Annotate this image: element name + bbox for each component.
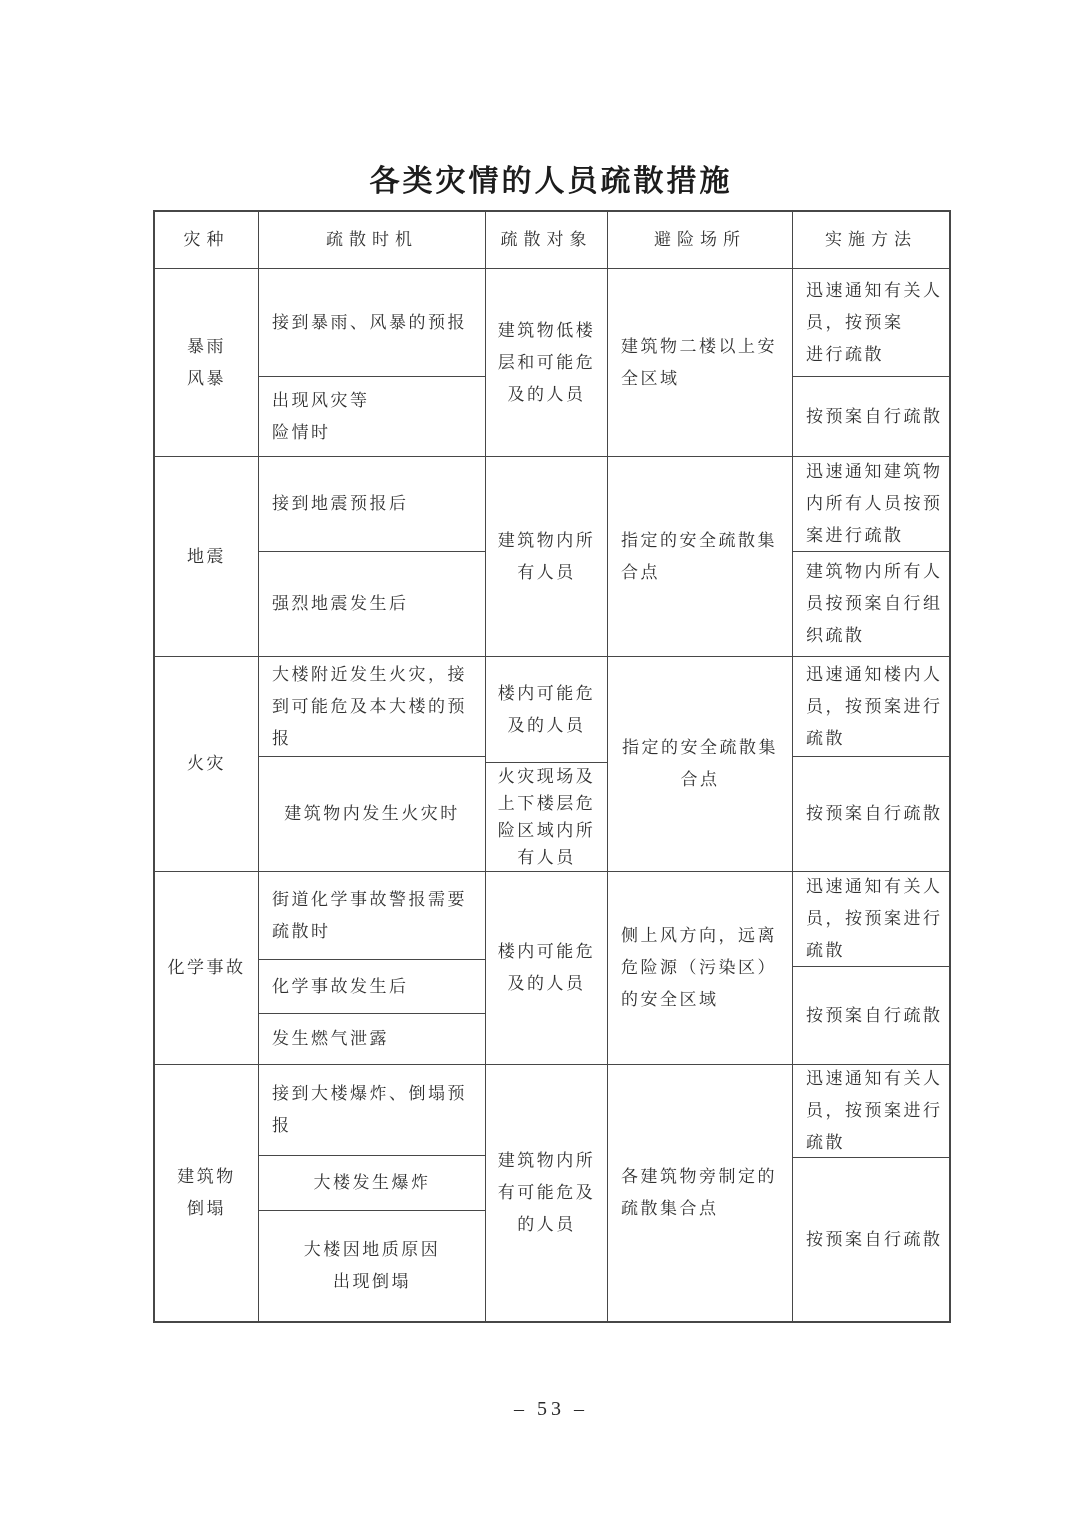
table-row-fire: 火灾 大楼附近发生火灾，接 到可能危及本大楼的预 报 建筑物内发生火灾时 楼内可… bbox=[155, 657, 949, 872]
timing-cell: 大楼附近发生火灾，接 到可能危及本大楼的预 报 bbox=[259, 657, 485, 757]
table-row-earthquake: 地震 接到地震预报后 强烈地震发生后 建筑物内所 有人员 指定的安全疏散集 合点… bbox=[155, 457, 949, 657]
method-cell: 迅速通知楼内人 员，按预案进行 疏散 bbox=[793, 657, 949, 757]
method-cell: 迅速通知建筑物 内所有人员按预 案进行疏散 bbox=[793, 457, 949, 552]
timing-cell: 发生燃气泄露 bbox=[259, 1014, 485, 1064]
disaster-name: 化学事故 bbox=[155, 872, 258, 1064]
shelter-cell: 指定的安全疏散集 合点 bbox=[608, 657, 792, 871]
method-cell: 迅速通知有关人 员，按预案进行 疏散 bbox=[793, 872, 949, 967]
method-cell: 按预案自行疏散 bbox=[793, 377, 949, 456]
table-header-row: 灾种 疏散时机 疏散对象 避险场所 实施方法 bbox=[155, 212, 949, 269]
evacuation-table: 灾种 疏散时机 疏散对象 避险场所 实施方法 暴雨 风暴 接到暴雨、风暴的预报 … bbox=[153, 210, 951, 1323]
method-cell: 按预案自行疏散 bbox=[793, 967, 949, 1064]
timing-cell: 建筑物内发生火灾时 bbox=[259, 757, 485, 871]
shelter-cell: 指定的安全疏散集 合点 bbox=[608, 457, 792, 656]
method-cell: 按预案自行疏散 bbox=[793, 757, 949, 871]
page-title: 各类灾情的人员疏散措施 bbox=[154, 156, 948, 200]
timing-cell: 街道化学事故警报需要 疏散时 bbox=[259, 872, 485, 960]
table-row-storm: 暴雨 风暴 接到暴雨、风暴的预报 出现风灾等 险情时 建筑物低楼 层和可能危 及… bbox=[155, 269, 949, 457]
target-cell: 建筑物内所 有人员 bbox=[486, 457, 607, 656]
timing-cell: 大楼因地质原因 出现倒塌 bbox=[259, 1211, 485, 1321]
target-cell: 火灾现场及 上下楼层危 险区域内所 有人员 bbox=[486, 763, 607, 871]
header-evacuation-target: 疏散对象 bbox=[486, 212, 608, 268]
method-cell: 按预案自行疏散 bbox=[793, 1158, 949, 1321]
disaster-name: 建筑物 倒塌 bbox=[155, 1065, 258, 1321]
header-evacuation-timing: 疏散时机 bbox=[259, 212, 486, 268]
timing-cell: 接到大楼爆炸、倒塌预 报 bbox=[259, 1065, 485, 1156]
method-cell: 迅速通知有关人 员，按预案进行 疏散 bbox=[793, 1065, 949, 1158]
table-row-chemical: 化学事故 街道化学事故警报需要 疏散时 化学事故发生后 发生燃气泄露 楼内可能危… bbox=[155, 872, 949, 1065]
disaster-name: 暴雨 风暴 bbox=[155, 269, 258, 456]
header-disaster-type: 灾种 bbox=[155, 212, 259, 268]
table-row-building-collapse: 建筑物 倒塌 接到大楼爆炸、倒塌预 报 大楼发生爆炸 大楼因地质原因 出现倒塌 … bbox=[155, 1065, 949, 1321]
target-cell: 建筑物内所 有可能危及 的人员 bbox=[486, 1065, 607, 1321]
shelter-cell: 侧上风方向，远离 危险源（污染区） 的安全区域 bbox=[608, 872, 792, 1064]
disaster-name: 地震 bbox=[155, 457, 258, 656]
header-implementation-method: 实施方法 bbox=[793, 212, 949, 268]
timing-cell: 大楼发生爆炸 bbox=[259, 1156, 485, 1211]
method-cell: 迅速通知有关人 员，按预案 进行疏散 bbox=[793, 269, 949, 377]
shelter-cell: 各建筑物旁制定的 疏散集合点 bbox=[608, 1065, 792, 1321]
timing-cell: 化学事故发生后 bbox=[259, 960, 485, 1014]
header-shelter-location: 避险场所 bbox=[608, 212, 793, 268]
target-cell: 建筑物低楼 层和可能危 及的人员 bbox=[486, 269, 607, 456]
target-cell: 楼内可能危 及的人员 bbox=[486, 872, 607, 1064]
timing-cell: 接到地震预报后 bbox=[259, 457, 485, 552]
page-number: – 53 – bbox=[154, 1398, 948, 1421]
timing-cell: 出现风灾等 险情时 bbox=[259, 377, 485, 456]
shelter-cell: 建筑物二楼以上安 全区域 bbox=[608, 269, 792, 456]
target-cell: 楼内可能危 及的人员 bbox=[486, 657, 607, 763]
document-page: 各类灾情的人员疏散措施 灾种 疏散时机 疏散对象 避险场所 实施方法 暴雨 风暴… bbox=[0, 0, 1074, 1520]
timing-cell: 强烈地震发生后 bbox=[259, 552, 485, 656]
method-cell: 建筑物内所有人 员按预案自行组 织疏散 bbox=[793, 552, 949, 656]
timing-cell: 接到暴雨、风暴的预报 bbox=[259, 269, 485, 377]
disaster-name: 火灾 bbox=[155, 657, 258, 871]
